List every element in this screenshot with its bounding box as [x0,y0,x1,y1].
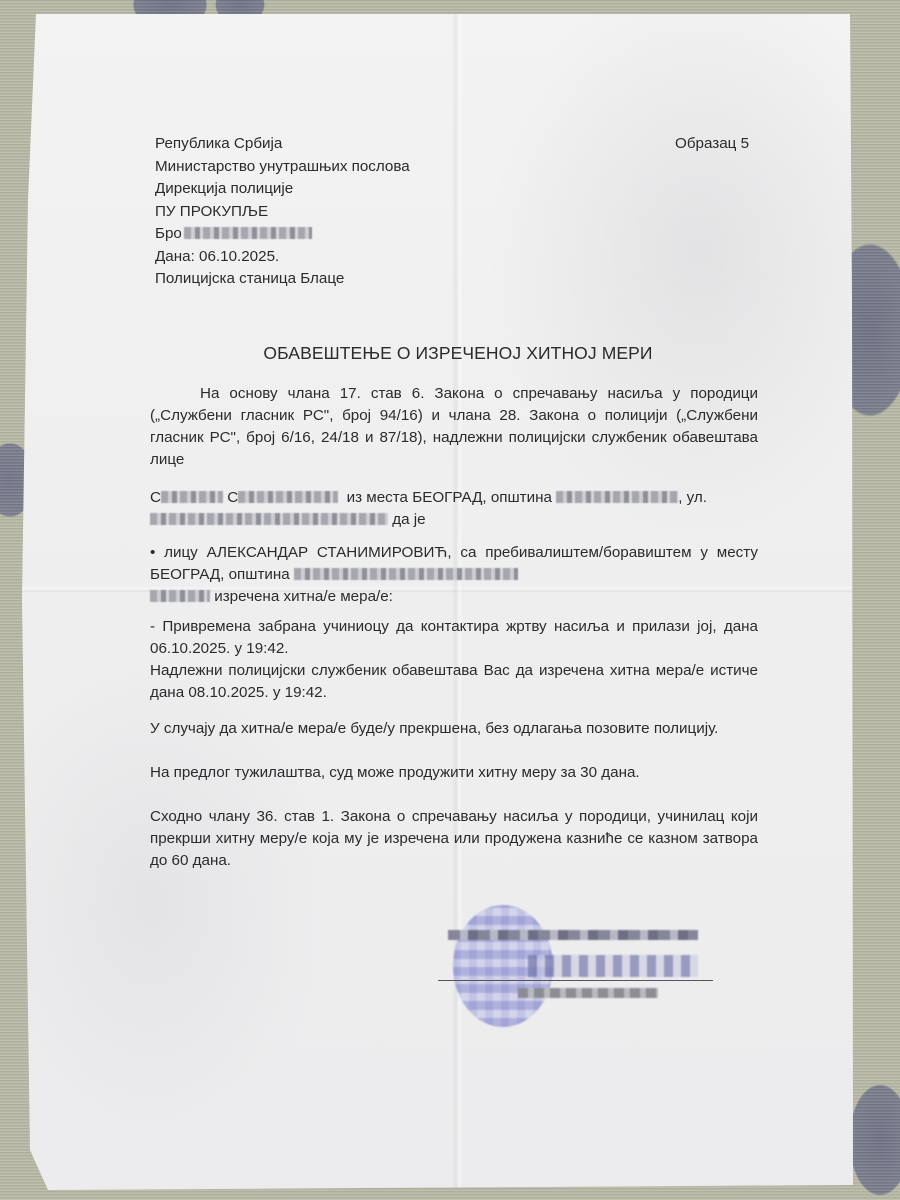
issuer-header: Република Србија Министарство унутрашњих… [155,133,410,291]
court-extension-text: На предлог тужилаштва, суд може продужит… [150,762,758,784]
bullet-icon: • [150,544,155,561]
penalty-text: Сходно члану 36. став 1. Закона о спреча… [150,806,758,872]
measure-paragraph: - Привремена забрана учиниоцу да контакт… [150,616,758,660]
number-label: Бро [155,225,182,242]
recipient-text: С С из места БЕОГРАД, општина , ул. да ј… [150,487,758,531]
signature-icon [528,955,698,977]
measure-intro: изречена хитна/е мера/е: [214,588,393,605]
signature-line [438,980,713,981]
expiry-paragraph: Надлежни полицијски службеник обавештава… [150,660,758,704]
penalty-paragraph: Сходно члану 36. став 1. Закона о спреча… [150,806,758,872]
redacted-surname [238,491,338,503]
intro-paragraph: На основу члана 17. став 6. Закона о спр… [150,383,758,471]
redacted-municipality [556,491,678,503]
call-police-paragraph: У случају да хитна/е мера/е буде/у прекр… [150,718,758,740]
form-label: Образац 5 [675,133,749,155]
recipient-place: из места БЕОГРАД, општина [347,489,552,506]
expiry-text: Надлежни полицијски службеник обавештава… [150,660,758,704]
header-line-ministry: Министарство унутрашњих послова [155,156,410,179]
recipient-surname-initial: С [227,489,238,506]
intro-text: На основу члана 17. став 6. Закона о спр… [150,383,758,471]
recipient-suffix: да је [392,511,425,528]
document: Република Србија Министарство унутрашњих… [0,0,900,1200]
redacted-street [150,513,388,525]
redacted-first-name [161,491,223,503]
court-extension-paragraph: На предлог тужилаштва, суд може продужит… [150,762,758,784]
recipient-name-initial: С [150,489,161,506]
header-line-directorate: Дирекција полиције [155,178,410,201]
header-line-number: Бро [155,223,410,246]
perpetrator-text: • лицу АЛЕКСАНДАР СТАНИМИРОВИЋ, са преби… [150,542,758,608]
header-line-police-admin: ПУ ПРОКУПЉЕ [155,201,410,224]
header-line-country: Република Србија [155,133,410,156]
header-line-station: Полицијска станица Блаце [155,268,410,291]
document-title: ОБАВЕШТЕЊЕ О ИЗРЕЧЕНОЈ ХИТНОЈ МЕРИ [0,342,900,364]
header-line-date: Дана: 06.10.2025. [155,246,410,269]
street-label: , ул. [678,489,707,506]
measure-text: - Привремена забрана учиниоцу да контакт… [150,616,758,660]
redacted-officer-name [518,988,658,998]
redacted-officer-title [448,930,698,940]
call-police-text: У случају да хитна/е мера/е буде/у прекр… [150,718,758,740]
redacted-number [184,227,312,239]
signature-block [438,900,728,1040]
recipient-paragraph: С С из места БЕОГРАД, општина , ул. да ј… [150,487,758,531]
redacted-address [294,568,518,580]
redacted-address-cont [150,590,210,602]
perpetrator-paragraph: • лицу АЛЕКСАНДАР СТАНИМИРОВИЋ, са преби… [150,542,758,608]
